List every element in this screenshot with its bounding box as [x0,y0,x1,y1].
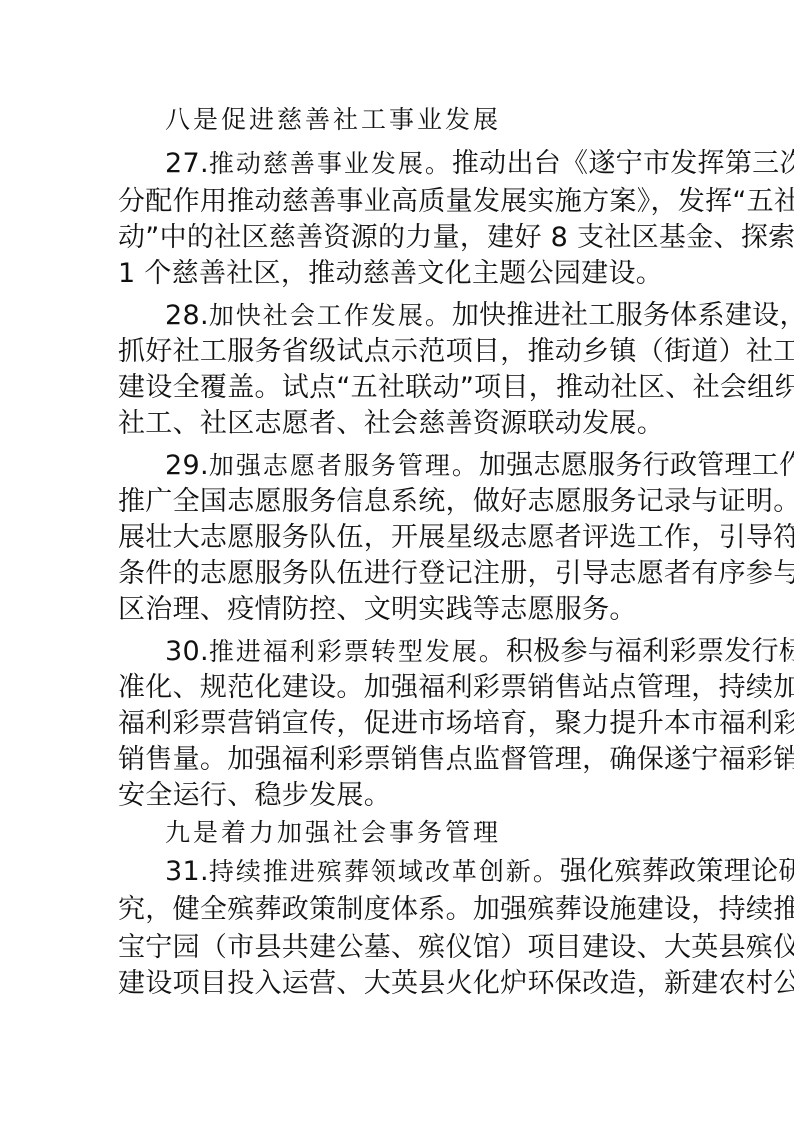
item-text: 强化殡葬政策理论研 [560,856,794,887]
item-text: 加强志愿服务行政管理工作， [479,450,794,481]
item-30-first-line: 30.推进福利彩票转型发展。积极参与福利彩票发行标 [165,634,725,670]
item-number: 28. [165,300,209,331]
item-text: 加快推进社工服务体系建设， [452,300,794,331]
item-title: 持续推进殡葬领域改革创新。 [209,857,560,886]
paragraph-line: 推广全国志愿服务信息系统，做好志愿服务记录与证明。发 [118,484,678,520]
paragraph-line: 建设全覆盖。试点“五社联动”项目，推动社区、社会组织、 [118,370,678,406]
item-28-first-line: 28.加快社会工作发展。加快推进社工服务体系建设， [165,298,725,334]
paragraph-line: 展壮大志愿服务队伍，开展星级志愿者评选工作，引导符合 [118,520,678,556]
item-text: 积极参与福利彩票发行标 [506,636,794,667]
section-heading-9: 九是着力加强社会事务管理 [165,815,725,851]
paragraph-line: 1 个慈善社区，推动慈善文化主题公园建设。 [118,256,678,292]
item-29-first-line: 29.加强志愿者服务管理。加强志愿服务行政管理工作， [165,448,725,484]
item-27-first-line: 27.推动慈善事业发展。推动出台《遂宁市发挥第三次 [165,146,725,182]
item-31-first-line: 31.持续推进殡葬领域改革创新。强化殡葬政策理论研 [165,854,725,890]
item-title: 加强志愿者服务管理。 [209,451,479,480]
paragraph-line: 福利彩票营销宣传，促进市场培育，聚力提升本市福利彩票 [118,706,678,742]
item-number: 30. [165,636,209,667]
paragraph-line: 动”中的社区慈善资源的力量，建好 8 支社区基金、探索建设 [118,220,678,256]
paragraph-line: 建设项目投入运营、大英县火化炉环保改造，新建农村公益 [118,966,678,1002]
item-title: 推动慈善事业发展。 [209,149,452,178]
paragraph-line: 销售量。加强福利彩票销售点监督管理，确保遂宁福彩销售 [118,742,678,778]
paragraph-line: 条件的志愿服务队伍进行登记注册，引导志愿者有序参与社 [118,556,678,592]
item-number: 31. [165,856,209,887]
paragraph-line: 抓好社工服务省级试点示范项目，推动乡镇（街道）社工站 [118,334,678,370]
item-title: 加快社会工作发展。 [209,301,452,330]
paragraph-line: 究，健全殡葬政策制度体系。加强殡葬设施建设，持续推进 [118,892,678,928]
document-page: 八是促进慈善社工事业发展 27.推动慈善事业发展。推动出台《遂宁市发挥第三次 分… [0,0,794,1122]
item-number: 27. [165,148,209,179]
section-heading-8: 八是促进慈善社工事业发展 [165,102,725,138]
item-number: 29. [165,450,209,481]
item-text: 推动出台《遂宁市发挥第三次 [452,148,794,179]
paragraph-line: 安全运行、稳步发展。 [118,778,678,814]
paragraph-line: 宝宁园（市县共建公墓、殡仪馆）项目建设、大英县殡仪馆 [118,930,678,966]
paragraph-line: 区治理、疫情防控、文明实践等志愿服务。 [118,592,678,628]
paragraph-line: 准化、规范化建设。加强福利彩票销售站点管理，持续加大 [118,670,678,706]
item-title: 推进福利彩票转型发展。 [209,637,506,666]
paragraph-line: 分配作用推动慈善事业高质量发展实施方案》，发挥“五社联 [118,184,678,220]
paragraph-line: 社工、社区志愿者、社会慈善资源联动发展。 [118,406,678,442]
